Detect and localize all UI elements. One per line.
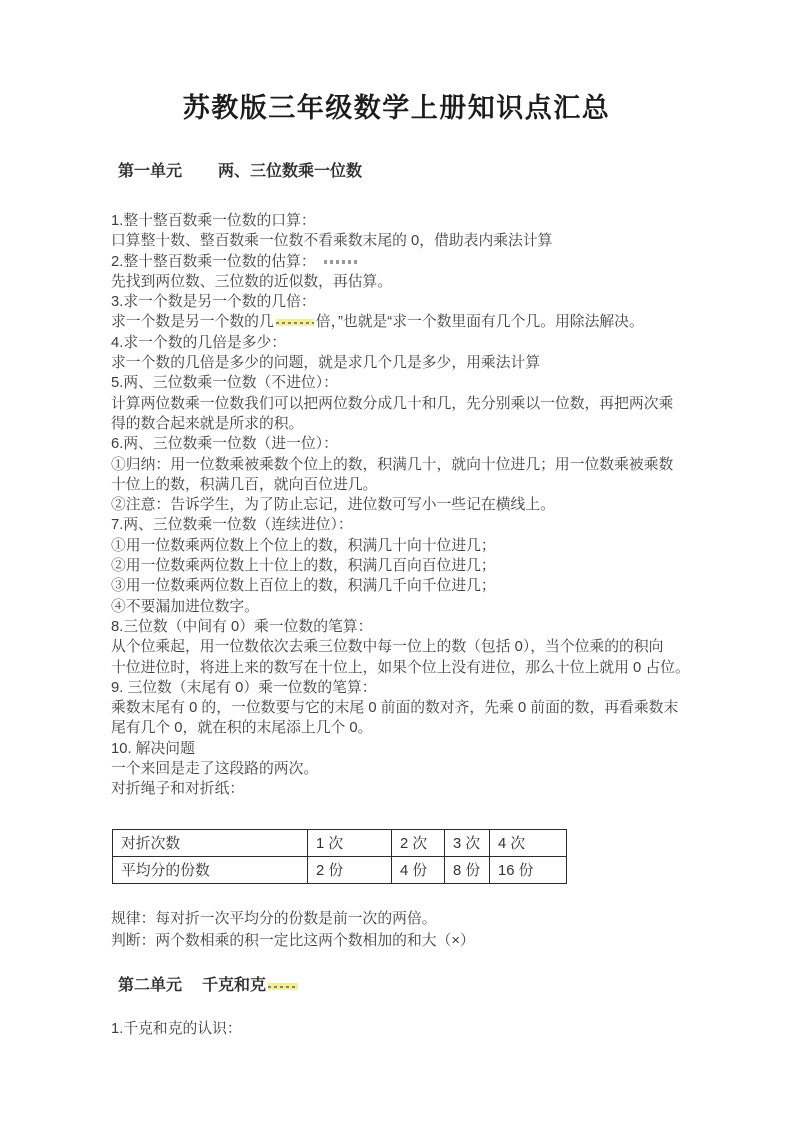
spellcheck-squiggle-gray-icon — [324, 260, 358, 264]
highlight-squiggle-yellow-icon — [268, 983, 298, 990]
knowledge-line: ①归纳：用一位数乘被乘数个位上的数，积满几十，就向十位进几；用一位数乘被乘数 — [111, 455, 793, 475]
knowledge-line: ①用一位数乘两位数上个位上的数，积满几十向十位进几； — [111, 536, 793, 556]
knowledge-line: 十位上的数，积满几百，就向百位进几。 — [111, 475, 793, 495]
table-cell: 平均分的份数 — [113, 856, 308, 883]
knowledge-line: 4.求一个数的几倍是多少： — [111, 333, 793, 353]
document-page: 苏教版三年级数学上册知识点汇总 第一单元两、三位数乘一位数 1.整十整百数乘一位… — [0, 0, 793, 1122]
knowledge-line: 3.求一个数是另一个数的几倍： — [111, 292, 793, 312]
knowledge-line: 先找到两位数、三位数的近似数，再估算。 — [111, 272, 793, 292]
knowledge-line: 尾有几个 0，就在积的末尾添上几个 0。 — [111, 718, 793, 738]
knowledge-line-text: 倍，”也就是“求一个数里面有几个几。用除法解决。 — [316, 314, 644, 330]
unit2-content: 1.千克和克的认识： — [111, 1017, 793, 1038]
unit2-title: 千克和克 — [202, 977, 266, 994]
knowledge-line: 8.三位数（中间有 0）乘一位数的笔算： — [111, 617, 793, 637]
knowledge-line: 1.整十整百数乘一位数的口算： — [111, 211, 793, 231]
table-cell: 16 份 — [490, 856, 567, 883]
unit2-label: 第二单元 — [118, 977, 182, 994]
highlight-squiggle-yellow-icon — [276, 319, 314, 326]
table-cell: 对折次数 — [113, 829, 308, 856]
table-cell: 8 份 — [445, 856, 490, 883]
unit1-title: 两、三位数乘一位数 — [218, 163, 362, 180]
knowledge-line: 10. 解决问题 — [111, 739, 793, 759]
table-row: 对折次数 1 次 2 次 3 次 4 次 — [113, 829, 567, 856]
knowledge-line: 十位进位时，将进上来的数写在十位上，如果个位上没有进位，那么十位上就用 0 占位… — [111, 658, 793, 678]
table-cell: 3 次 — [445, 829, 490, 856]
knowledge-line: 6.两、三位数乘一位数（进一位）： — [111, 434, 793, 454]
knowledge-line: 计算两位数乘一位数我们可以把两位数分成几十和几，先分别乘以一位数，再把两次乘 — [111, 394, 793, 414]
table-cell: 1 次 — [308, 829, 392, 856]
table-cell: 4 份 — [392, 856, 445, 883]
knowledge-line: 得的数合起来就是所求的积。 — [111, 414, 793, 434]
table-cell: 2 次 — [392, 829, 445, 856]
knowledge-line: ④不要漏加进位数字。 — [111, 597, 793, 617]
knowledge-line: 1.千克和克的认识： — [111, 1017, 793, 1038]
unit2-header: 第二单元千克和克 — [118, 972, 793, 995]
table-notes: 规律：每对折一次平均分的份数是前一次的两倍。 判断：两个数相乘的积一定比这两个数… — [111, 908, 793, 952]
knowledge-line-text: 2.整十整百数乘一位数的估算： — [111, 254, 316, 270]
table-cell: 4 次 — [490, 829, 567, 856]
knowledge-line: 对折绳子和对折纸： — [111, 779, 793, 799]
table-row: 平均分的份数 2 份 4 份 8 份 16 份 — [113, 856, 567, 883]
judgement-note: 判断：两个数相乘的积一定比这两个数相加的和大（×） — [111, 930, 793, 952]
knowledge-line: 求一个数是另一个数的几倍，”也就是“求一个数里面有几个几。用除法解决。 — [111, 312, 793, 332]
fold-count-table: 对折次数 1 次 2 次 3 次 4 次 平均分的份数 2 份 4 份 8 份 … — [112, 829, 567, 884]
knowledge-line: 5.两、三位数乘一位数（不进位）： — [111, 373, 793, 393]
unit1-header: 第一单元两、三位数乘一位数 — [118, 158, 793, 181]
rule-note: 规律：每对折一次平均分的份数是前一次的两倍。 — [111, 908, 793, 930]
knowledge-line: 一个来回是走了这段路的两次。 — [111, 759, 793, 779]
knowledge-line: 9. 三位数（末尾有 0）乘一位数的笔算： — [111, 678, 793, 698]
unit1-content: 1.整十整百数乘一位数的口算： 口算整十数、整百数乘一位数不看乘数末尾的 0，借… — [111, 211, 793, 800]
knowledge-line: ②用一位数乘两位数上十位上的数，积满几百向百位进几； — [111, 556, 793, 576]
unit1-label: 第一单元 — [118, 163, 182, 180]
document-title: 苏教版三年级数学上册知识点汇总 — [0, 0, 793, 125]
knowledge-line: 2.整十整百数乘一位数的估算： — [111, 252, 793, 272]
table-cell: 2 份 — [308, 856, 392, 883]
knowledge-line: 口算整十数、整百数乘一位数不看乘数末尾的 0，借助表内乘法计算 — [111, 231, 793, 251]
knowledge-line: ③用一位数乘两位数上百位上的数，积满几千向千位进几； — [111, 576, 793, 596]
knowledge-line: 从个位乘起，用一位数依次去乘三位数中每一位上的数（包括 0），当个位乘的的积向 — [111, 637, 793, 657]
knowledge-line: 乘数末尾有 0 的，一位数要与它的末尾 0 前面的数对齐，先乘 0 前面的数，再… — [111, 698, 793, 718]
knowledge-line-text: 求一个数是另一个数的几 — [111, 314, 274, 330]
knowledge-line: 求一个数的几倍是多少的问题，就是求几个几是多少，用乘法计算 — [111, 353, 793, 373]
knowledge-line: ②注意：告诉学生，为了防止忘记，进位数可写小一些记在横线上。 — [111, 495, 793, 515]
knowledge-line: 7.两、三位数乘一位数（连续进位）： — [111, 515, 793, 535]
